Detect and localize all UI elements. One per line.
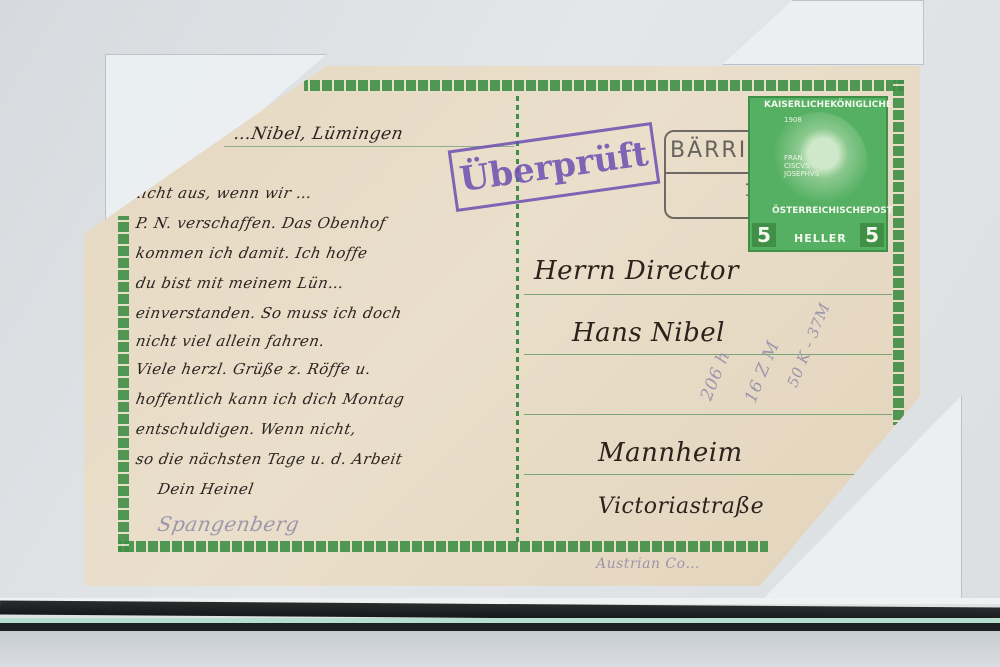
pencil-note-spangenberg: Spangenberg [156, 512, 302, 536]
message-line: nicht viel allein fahren. [134, 332, 326, 350]
message-line: nicht aus, wenn wir … [130, 184, 313, 202]
address-rule-3 [524, 414, 892, 415]
stamp-ring-top: KAISERLICHEKÖNIGLICHE [764, 100, 892, 110]
card-border-right [893, 80, 904, 425]
stamp-value-left: 5 [752, 223, 776, 247]
emperor-portrait-icon [768, 112, 868, 216]
address-line-4: Victoriastraße [598, 494, 764, 519]
stamp-year: 1908 [784, 116, 802, 124]
album-cover-edge-black-2 [0, 623, 1000, 631]
address-rule-4 [524, 474, 892, 475]
stamp-value-right: 5 [860, 223, 884, 247]
message-line: entschuldigen. Wenn nicht, [134, 420, 358, 438]
address-rule-1 [524, 294, 892, 295]
message-line: P. N. verschaffen. Das Obenhof [134, 214, 387, 232]
message-signature: Dein Heinel [156, 480, 255, 498]
message-header: …Nibel, Lümingen [232, 124, 405, 144]
address-line-2: Hans Nibel [572, 318, 725, 348]
photo-scene: …Nibel, Lümingen nicht aus, wenn wir … P… [0, 0, 1000, 667]
stamp-ring-bottom: ÖSTERREICHISCHEPOST [772, 206, 893, 216]
stamp-portrait-text: CISCVS [784, 162, 810, 170]
card-border-top [304, 80, 904, 91]
censor-stamp: Überprüft [448, 122, 661, 212]
dealer-note: Austrian Co… [596, 556, 700, 572]
imprinted-stamp: KAISERLICHEKÖNIGLICHE ÖSTERREICHISCHEPOS… [748, 96, 888, 252]
card-border-bottom [118, 541, 768, 552]
address-line-1: Herrn Director [534, 256, 739, 286]
message-line: Viele herzl. Grüße z. Röffe u. [134, 360, 372, 378]
message-line: kommen ich damit. Ich hoffe [134, 244, 369, 262]
message-line: du bist mit meinem Lün… [134, 274, 345, 292]
pencil-notation: 206 h [697, 348, 735, 403]
stamp-portrait-text: FRAN [784, 154, 803, 162]
pencil-notation: 16 Z M [741, 338, 784, 405]
table-surface [0, 631, 1000, 667]
message-line: so die nächsten Tage u. d. Arbeit [134, 450, 404, 468]
address-rule-2 [524, 354, 892, 355]
address-line-3: Mannheim [598, 438, 743, 468]
message-line: einverstanden. So muss ich doch [134, 304, 403, 322]
card-border-left [118, 216, 129, 552]
stamp-denomination: HELLER [794, 232, 847, 245]
pencil-notation: 50 K - 37M [784, 300, 834, 389]
message-line: hoffentlich kann ich dich Montag [134, 390, 406, 408]
stamp-portrait-text: JOSEPHVS [784, 170, 819, 178]
